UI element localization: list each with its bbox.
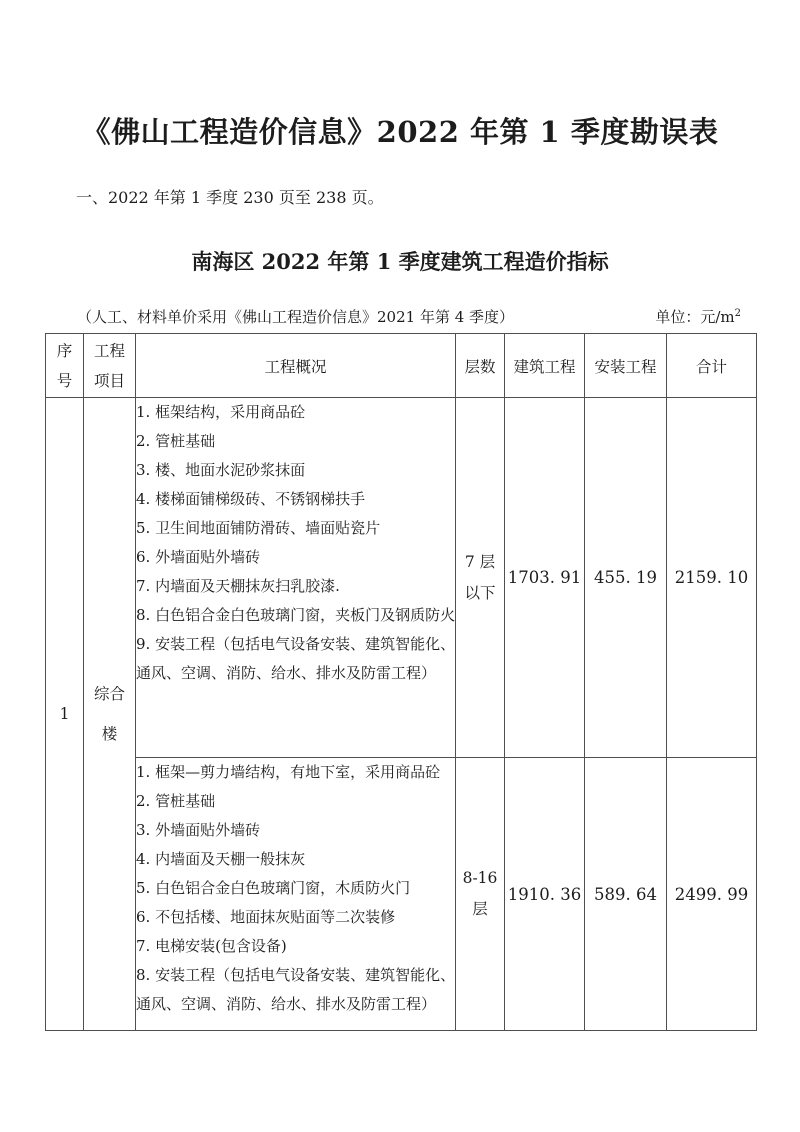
- cost-index-table: 序号 工程项目 工程概况 层数 建筑工程 安装工程 合计 1 综合楼 1. 框架…: [45, 333, 757, 1031]
- header-line: 项目: [84, 366, 135, 396]
- project-name-line: 综合: [84, 674, 135, 714]
- section-title: 南海区 2022 年第 1 季度建筑工程造价指标: [0, 248, 800, 276]
- overview-line: 4. 内墙面及天棚一般抹灰: [136, 845, 455, 874]
- overview-line: 2. 管桩基础: [136, 427, 455, 456]
- unit-exponent: 2: [735, 308, 741, 319]
- header-floors: 层数: [456, 334, 505, 398]
- overview-line: 9. 安装工程（包括电气设备安装、建筑智能化、: [136, 630, 455, 659]
- header-project: 工程项目: [84, 334, 136, 398]
- header-construction: 建筑工程: [505, 334, 585, 398]
- price-source-note: （人工、材料单价采用《佛山工程造价信息》2021 年第 4 季度）: [45, 307, 514, 327]
- overview-line: 4. 楼梯面铺梯级砖、不锈钢梯扶手: [136, 485, 455, 514]
- overview-line: 7. 电梯安装(包含设备): [136, 932, 455, 961]
- construction-cost-cell: 1703. 91: [505, 398, 585, 758]
- document-title: 《佛山工程造价信息》2022 年第 1 季度勘误表: [0, 0, 800, 152]
- overview-line: 1. 框架结构，采用商品砼: [136, 398, 455, 427]
- document-page: 《佛山工程造价信息》2022 年第 1 季度勘误表 一、2022 年第 1 季度…: [0, 0, 800, 1132]
- floors-line: 层: [456, 894, 504, 925]
- header-line: 工程: [84, 336, 135, 366]
- project-name-cell: 综合楼: [84, 398, 136, 1031]
- unit-label: 单位：元/m2: [655, 304, 755, 327]
- table-header-row: 序号 工程项目 工程概况 层数 建筑工程 安装工程 合计: [46, 334, 757, 398]
- installation-cost-cell: 589. 64: [585, 758, 667, 1031]
- overview-line: 8. 白色铝合金白色玻璃门窗，夹板门及钢质防火门: [136, 601, 455, 630]
- overview-line: 6. 外墙面贴外墙砖: [136, 543, 455, 572]
- overview-line: 1. 框架—剪力墙结构，有地下室，采用商品砼: [136, 758, 455, 787]
- intro-line: 一、2022 年第 1 季度 230 页至 238 页。: [76, 187, 800, 209]
- seq-cell: 1: [46, 398, 84, 1031]
- header-line: 序: [46, 336, 83, 366]
- overview-line: 7. 内墙面及天棚抹灰扫乳胶漆.: [136, 572, 455, 601]
- header-installation: 安装工程: [585, 334, 667, 398]
- floors-line: 7 层: [456, 547, 504, 578]
- floors-cell: 7 层以下: [456, 398, 505, 758]
- overview-line: 通风、空调、消防、给水、排水及防雷工程）: [136, 990, 455, 1019]
- overview-line: 5. 卫生间地面铺防滑砖、墙面贴瓷片: [136, 514, 455, 543]
- overview-line: 2. 管桩基础: [136, 787, 455, 816]
- table-row-low-rise: 1 综合楼 1. 框架结构，采用商品砼2. 管桩基础3. 楼、地面水泥砂浆抹面4…: [46, 398, 757, 758]
- floors-line: 以下: [456, 578, 504, 609]
- construction-cost-cell: 1910. 36: [505, 758, 585, 1031]
- table-row-high-rise: 1. 框架—剪力墙结构，有地下室，采用商品砼2. 管桩基础3. 外墙面贴外墙砖4…: [46, 758, 757, 1031]
- overview-cell: 1. 框架结构，采用商品砼2. 管桩基础3. 楼、地面水泥砂浆抹面4. 楼梯面铺…: [136, 398, 456, 758]
- unit-text: 单位：元/m: [655, 308, 734, 326]
- header-line: 号: [46, 366, 83, 396]
- header-overview: 工程概况: [136, 334, 456, 398]
- project-name-line: 楼: [84, 714, 135, 754]
- overview-line: 3. 外墙面贴外墙砖: [136, 816, 455, 845]
- header-seq: 序号: [46, 334, 84, 398]
- overview-line: 8. 安装工程（包括电气设备安装、建筑智能化、: [136, 961, 455, 990]
- overview-line: 6. 不包括楼、地面抹灰贴面等二次装修: [136, 903, 455, 932]
- overview-line: 通风、空调、消防、给水、排水及防雷工程）: [136, 659, 455, 688]
- total-cost-cell: 2499. 99: [667, 758, 757, 1031]
- overview-line: 5. 白色铝合金白色玻璃门窗，木质防火门: [136, 874, 455, 903]
- header-total: 合计: [667, 334, 757, 398]
- overview-cell: 1. 框架—剪力墙结构，有地下室，采用商品砼2. 管桩基础3. 外墙面贴外墙砖4…: [136, 758, 456, 1031]
- table-caption-row: （人工、材料单价采用《佛山工程造价信息》2021 年第 4 季度） 单位：元/m…: [45, 304, 755, 327]
- overview-line: 3. 楼、地面水泥砂浆抹面: [136, 456, 455, 485]
- floors-cell: 8-16层: [456, 758, 505, 1031]
- installation-cost-cell: 455. 19: [585, 398, 667, 758]
- floors-line: 8-16: [456, 863, 504, 894]
- total-cost-cell: 2159. 10: [667, 398, 757, 758]
